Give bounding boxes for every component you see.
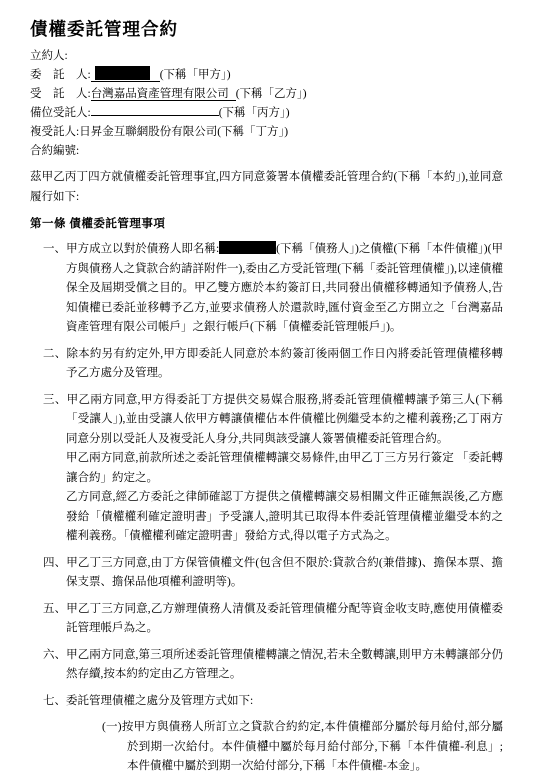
section1-heading: 第一條 債權委託管理事項 [30,214,503,234]
clause-item-3: 三、甲乙兩方同意,甲方得委託丁方提供交易媒合服務,將委託管理債權轉讓予第三人(下… [43,391,503,547]
clause-item-1-post: (下稱「債務人」)之債權(下稱「本件債權」)(甲方與債務人之貸款合約請詳附件一)… [66,243,503,333]
clause-item-6: 六、甲乙兩方同意,第三項所述委託管理債權轉讓之情況,若未全數轉讓,則甲方未轉讓部… [43,646,503,685]
clause-item-3-para1: 三、甲乙兩方同意,甲方得委託丁方提供交易媒合服務,將委託管理債權轉讓予第三人(下… [66,391,503,450]
clause-item-1: 一、甲方成立以對於債務人即名稱:(下稱「債務人」)之債權(下稱「本件債權」)(甲… [43,240,503,338]
client-name-redaction-box [95,66,150,80]
party-trustee-line: 受 託 人:台灣嘉品資產管理有限公司(下稱「乙方」) [30,85,503,104]
clause-item-6-text: 六、甲乙兩方同意,第三項所述委託管理債權轉讓之情況,若未全數轉讓,則甲方未轉讓部… [66,646,503,685]
backup-trustee-blank-field [91,104,219,116]
clause-item-2-body: 除本約另有約定外,甲方即委託人同意於本約簽訂後兩個工作日內將委託管理債權移轉予乙… [66,348,503,380]
clause-item-7-sub-1-number: (一) [102,721,122,733]
sub-trustee-suffix: (下稱「丁方」) [217,126,288,138]
backup-trustee-suffix: (下稱「丙方」) [219,107,290,119]
preamble-paragraph: 茲甲乙丙丁四方就債權委託管理事宜,四方同意簽署本債權委託管理合約(下稱「本約」)… [30,168,503,207]
parties-intro-label: 立約人: [30,50,68,62]
clause-item-5-body: 甲乙丁三方同意,乙方辦理債務人清償及委託管理債權分配等資金收支時,應使用債權委託… [66,603,503,635]
clause-item-3-number: 三、 [43,394,67,406]
parties-intro-line: 立約人: [30,47,503,66]
clause-item-1-text: 一、甲方成立以對於債務人即名稱:(下稱「債務人」)之債權(下稱「本件債權」)(甲… [66,240,503,338]
page-number: 1 [0,738,533,750]
document-title: 債權委託管理合約 [30,16,503,41]
trustee-name: 台灣嘉品資產管理有限公司 [91,88,236,101]
clause-item-5: 五、甲乙丁三方同意,乙方辦理債務人清償及委託管理債權分配等資金收支時,應使用債權… [43,600,503,639]
clause-item-5-text: 五、甲乙丁三方同意,乙方辦理債務人清償及委託管理債權分配等資金收支時,應使用債權… [66,600,503,639]
clause-item-7-number: 七、 [43,695,66,707]
clause-item-7: 七、委託管理債權之處分及管理方式如下: (一)按甲方與債務人所訂立之貸款合約約定… [43,692,503,776]
clause-item-4-body: 甲乙丁三方同意,由丁方保管債權文件(包含但不限於:貸款合約(兼借據)、擔保本票、… [66,557,503,589]
clause-item-4-text: 四、甲乙丁三方同意,由丁方保管債權文件(包含但不限於:貸款合約(兼借據)、擔保本… [66,554,503,593]
contract-number-line: 合約編號: [30,142,503,161]
clause-item-2: 二、除本約另有約定外,甲方即委託人同意於本約簽訂後兩個工作日內將委託管理債權移轉… [43,345,503,384]
clause-item-2-number: 二、 [43,348,66,360]
clause-item-7-text: 七、委託管理債權之處分及管理方式如下: [66,692,503,712]
clause-item-4: 四、甲乙丁三方同意,由丁方保管債權文件(包含但不限於:貸款合約(兼借據)、擔保本… [43,554,503,593]
trustee-label: 受 託 人: [30,88,91,100]
debtor-name-redaction-box [219,241,276,254]
clause-item-5-number: 五、 [43,603,66,615]
clause-item-1-number: 一、 [43,243,66,255]
clause-item-2-text: 二、除本約另有約定外,甲方即委託人同意於本約簽訂後兩個工作日內將委託管理債權移轉… [66,345,503,384]
sub-trustee-label: 複受託人: [30,126,79,138]
contract-number-label: 合約編號: [30,145,79,157]
client-label: 委 託 人: [30,69,91,81]
clause-item-4-number: 四、 [43,557,66,569]
clause-item-3-para2: 甲乙兩方同意,前款所述之委託管理債權轉讓交易條件,由甲乙丁三方另行簽定 「委託轉… [66,449,503,488]
clause-item-1-pre: 甲方成立以對於債務人即名稱: [66,243,219,255]
clause-item-3-para1-body: 甲乙兩方同意,甲方得委託丁方提供交易媒合服務,將委託管理債權轉讓予第三人(下稱「… [66,394,503,445]
client-suffix: (下稱「甲方」) [160,69,231,81]
backup-trustee-label: 備位受託人: [30,107,91,119]
party-backup-trustee-line: 備位受託人:(下稱「丙方」) [30,104,503,123]
party-sub-trustee-line: 複受託人:日昇金互聯網股份有限公司(下稱「丁方」) [30,123,503,142]
party-client-line: 委 託 人:(下稱「甲方」) [30,66,503,85]
clause-item-6-number: 六、 [43,649,66,661]
trustee-suffix: (下稱「乙方」) [236,88,307,100]
clause-item-3-para3: 乙方同意,經乙方委託之律師確認丁方提供之債權轉讓交易相關文件正確無誤後,乙方應發… [66,488,503,547]
parties-block: 立約人: 委 託 人:(下稱「甲方」) 受 託 人:台灣嘉品資產管理有限公司(下… [30,47,503,161]
contract-page: 債權委託管理合約 立約人: 委 託 人:(下稱「甲方」) 受 託 人:台灣嘉品資… [0,0,533,776]
sub-trustee-name: 日昇金互聯網股份有限公司 [79,126,217,138]
clause-item-7-body: 委託管理債權之處分及管理方式如下: [66,695,253,707]
client-name-field [91,66,160,82]
clause-item-6-body: 甲乙兩方同意,第三項所述委託管理債權轉讓之情況,若未全數轉讓,則甲方未轉讓部分仍… [66,649,503,681]
